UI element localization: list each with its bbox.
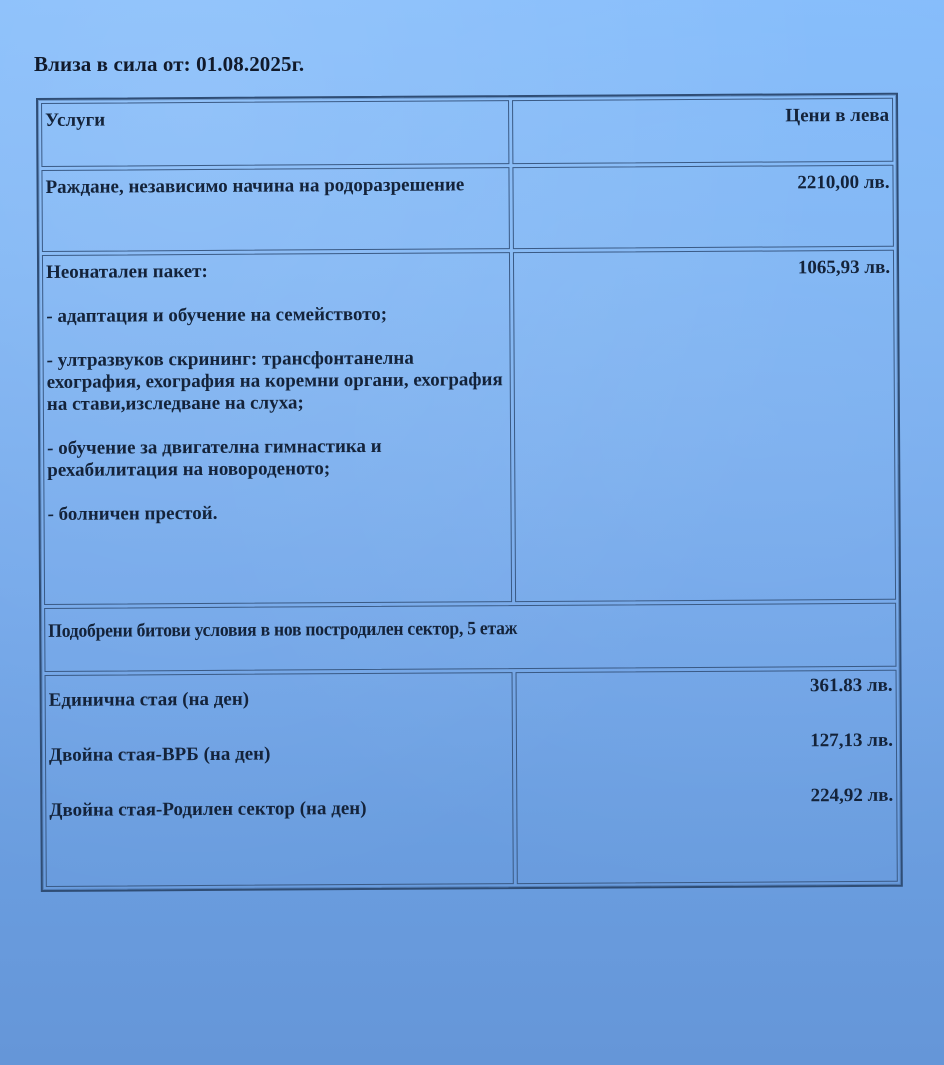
room-name: Двойна стая-ВРБ (на ден) [49, 742, 509, 767]
room-price: 224,92 лв. [520, 785, 893, 809]
header-prices: Цени в лева [512, 98, 893, 164]
table-row: Раждане, независимо начина на родоразреш… [41, 165, 893, 252]
service-neonatal: Неонатален пакет: - адаптация и обучение… [42, 252, 512, 605]
price-table: Услуги Цени в лева Раждане, независимо н… [36, 93, 903, 892]
table-row: Неонатален пакет: - адаптация и обучение… [42, 250, 896, 605]
room-price: 127,13 лв. [520, 730, 893, 754]
price-birth: 2210,00 лв. [512, 165, 893, 249]
neonatal-title: Неонатален пакет: [46, 259, 506, 284]
room-name: Двойна стая-Родилен сектор (на ден) [49, 797, 509, 822]
service-birth: Раждане, независимо начина на родоразреш… [41, 167, 509, 252]
sector-heading-cell: Подобрени битови условия в нов постродил… [44, 603, 896, 672]
neonatal-item: - адаптация и обучение на семейството; [46, 303, 506, 328]
room-price: 361.83 лв. [520, 675, 893, 699]
neonatal-item: - обучение за двигателна гимнастика и ре… [47, 435, 507, 482]
room-name: Единична стая (на ден) [49, 687, 509, 712]
neonatal-item: - ултразвуков скрининг: трансфонтанелна … [47, 347, 507, 416]
table-row: Единична стая (на ден) Двойна стая-ВРБ (… [45, 670, 898, 887]
room-prices: 361.83 лв. 127,13 лв. 224,92 лв. [516, 670, 898, 884]
price-neonatal: 1065,93 лв. [513, 250, 896, 602]
room-names: Единична стая (на ден) Двойна стая-ВРБ (… [45, 672, 514, 887]
price-list: Услуги Цени в лева Раждане, независимо н… [36, 93, 901, 892]
neonatal-item: - болничен престой. [47, 501, 507, 526]
sector-heading: Подобрени битови условия в нов постродил… [48, 618, 517, 643]
header-services: Услуги [41, 100, 509, 167]
effective-date: Влиза в сила от: 01.08.2025г. [34, 52, 304, 77]
table-row: Подобрени битови условия в нов постродил… [44, 603, 896, 672]
table-header-row: Услуги Цени в лева [41, 98, 893, 167]
